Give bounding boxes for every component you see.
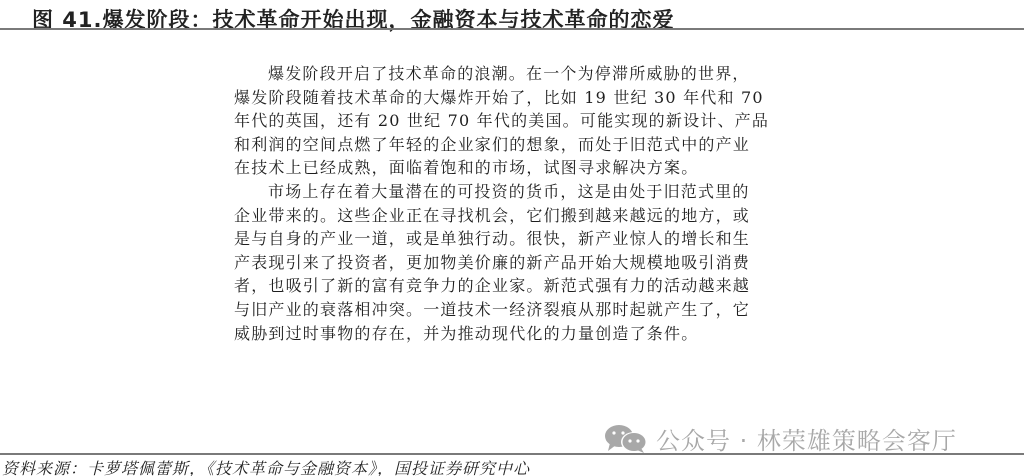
source-note: 资料来源：卡萝塔佩蕾斯，《技术革命与金融资本》，国投证券研究中心 (2, 456, 530, 476)
paragraph-2-line-3: 是与自身的产业一道，或是单独行动。很快，新产业惊人的增长和生 (234, 227, 814, 251)
paragraph-2-line-6: 与旧产业的衰落相冲突。一道技术一经济裂痕从那时起就产生了，它 (234, 298, 814, 322)
paragraph-2-line-1: 市场上存在着大量潜在的可投资的货币，这是由处于旧范式里的 (234, 180, 814, 204)
paragraph-2-line-7: 威胁到过时事物的存在，并为推动现代化的力量创造了条件。 (234, 322, 814, 346)
wechat-watermark: 公众号 · 林荣雄策略会客厅 (604, 421, 957, 456)
paragraph-1-line-2: 爆发阶段随着技术革命的大爆炸开始了，比如 19 世纪 30 年代和 70 (234, 86, 814, 110)
wechat-icon (604, 424, 650, 454)
paragraph-1-line-4: 和利润的空间点燃了年轻的企业家们的想象，而处于旧范式中的产业 (234, 133, 814, 157)
bottom-divider (0, 453, 1024, 455)
paragraph-2-line-4: 产表现引来了投资者，更加物美价廉的新产品开始大规模地吸引消费 (234, 251, 814, 275)
paragraph-1-line-1: 爆发阶段开启了技术革命的浪潮。在一个为停滞所威胁的世界， (234, 62, 814, 86)
excerpt-body: 爆发阶段开启了技术革命的浪潮。在一个为停滞所威胁的世界， 爆发阶段随着技术革命的… (234, 62, 814, 345)
top-divider (0, 28, 1024, 30)
paragraph-1-line-5: 在技术上已经成熟，面临着饱和的市场，试图寻求解决方案。 (234, 156, 814, 180)
paragraph-2-line-2: 企业带来的。这些企业正在寻找机会，它们搬到越来越远的地方，或 (234, 204, 814, 228)
watermark-text: 公众号 · 林荣雄策略会客厅 (656, 421, 957, 456)
paragraph-1-line-3: 年代的英国，还有 20 世纪 70 年代的美国。可能实现的新设计、产品 (234, 109, 814, 133)
paragraph-2-line-5: 者，也吸引了新的富有竞争力的企业家。新范式强有力的活动越来越 (234, 274, 814, 298)
